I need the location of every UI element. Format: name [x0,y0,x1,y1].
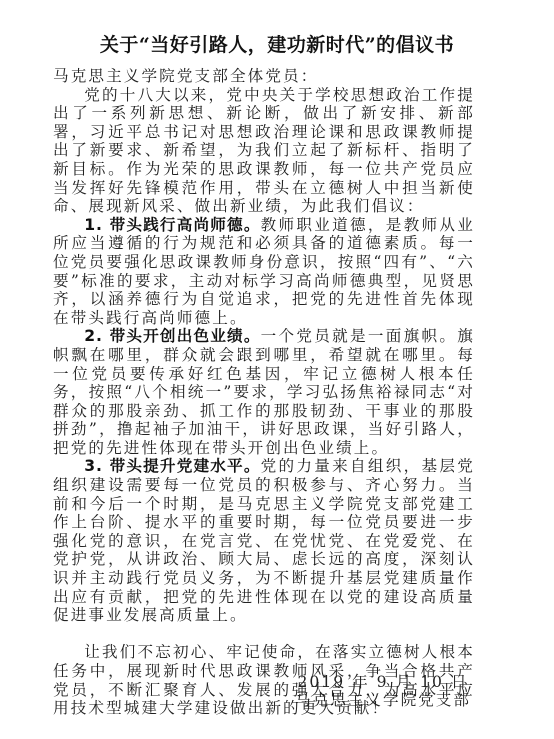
salutation: 马克思主义学院党支部全体党员： [53,67,475,86]
proposal-item-3: 3. 带头提升党建水平。党的力量来自组织，基层党组织建设需要每一位党员的积极参与… [53,457,475,624]
proposal-text-2: 一个党员就是一面旗帜。旗帜飘在哪里，群众就会跟到哪里，希望就在哪里。每一位党员要… [53,327,475,457]
proposal-text-3: 党的力量来自组织，基层党组织建设需要每一位党员的积极参与、齐心努力。当前和今后一… [53,457,475,624]
proposal-item-1: 1. 带头践行高尚师德。教师职业道德，是教师从业所应当遵循的行为规范和必须具备的… [53,216,475,328]
document-body: 马克思主义学院党支部全体党员： 党的十八大以来，党中央关于学校思想政治工作提出了… [53,67,475,718]
document-title: 关于“当好引路人，建功新时代”的倡议书 [0,30,554,57]
proposal-item-2: 2. 带头开创出色业绩。一个党员就是一面旗帜。旗帜飘在哪里，群众就会跟到哪里，希… [53,327,475,457]
paragraph-spacer [53,625,475,644]
intro-paragraph: 党的十八大以来，党中央关于学校思想政治工作提出了一系列新思想、新论断，做出了新安… [53,86,475,216]
document-page: 关于“当好引路人，建功新时代”的倡议书 马克思主义学院党支部全体党员： 党的十八… [0,0,554,739]
document-signature: 马克思主义学院党支部 [293,688,473,710]
proposal-heading-3: 3. 带头提升党建水平。 [84,457,260,475]
proposal-heading-1: 1. 带头践行高尚师德。 [84,216,260,234]
proposal-heading-2: 2. 带头开创出色业绩。 [84,327,260,345]
